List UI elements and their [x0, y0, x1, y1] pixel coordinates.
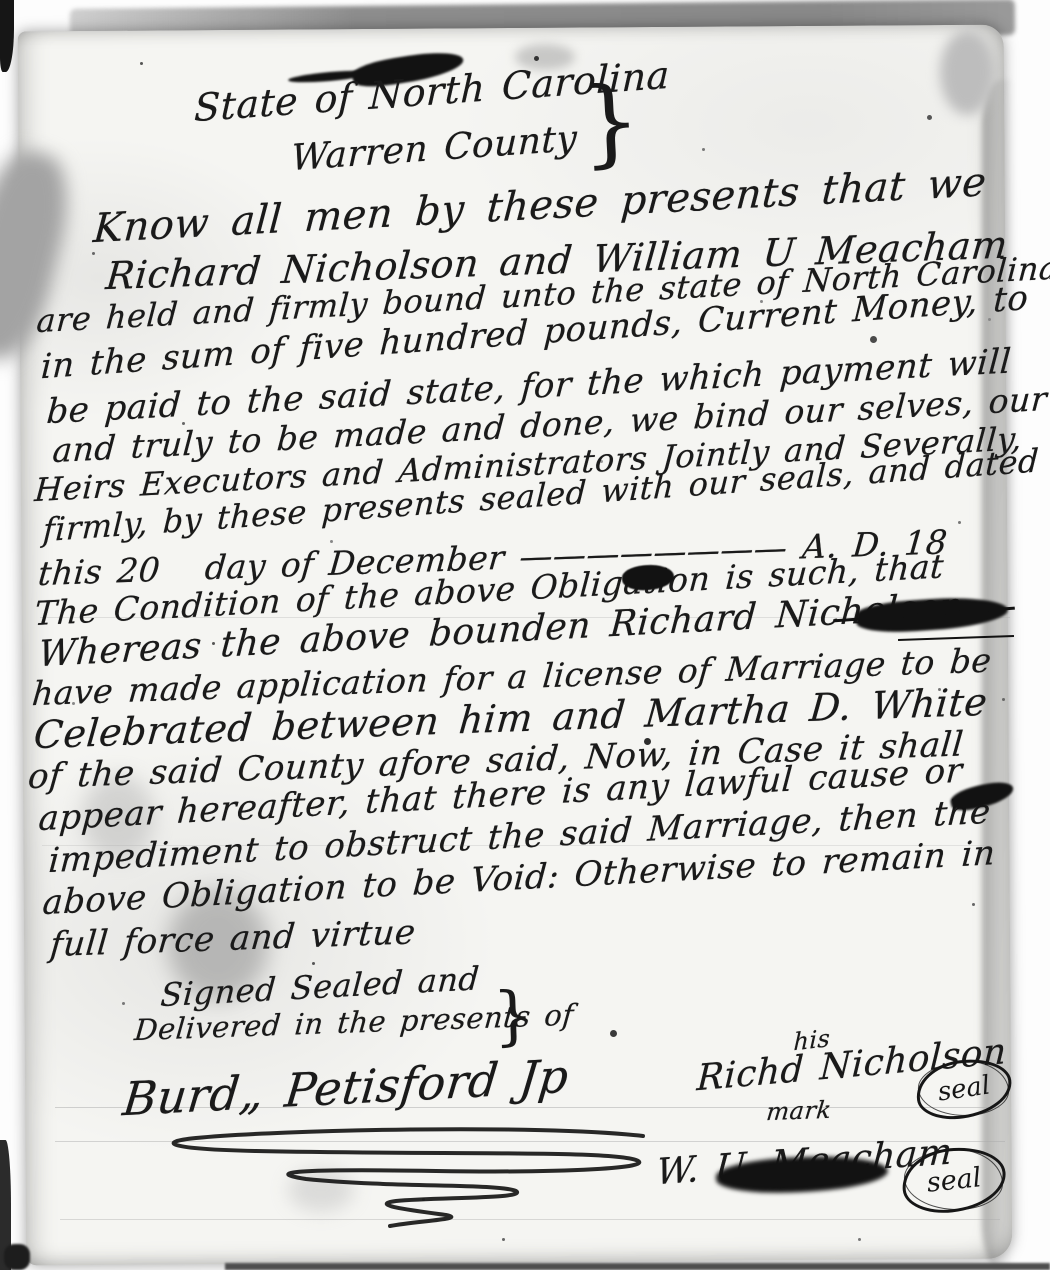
scan-mark-bottom-left-2: [4, 1244, 30, 1270]
his-mark-label-bottom: mark: [765, 1096, 833, 1126]
dust-specks: [0, 0, 3, 3]
seal-meacham: seal: [899, 1143, 1009, 1218]
signature-flourish: [138, 1122, 663, 1242]
scanned-marriage-bond-page: State of North Carolina Warren County } …: [0, 0, 1050, 1270]
closing-brace: }: [492, 989, 535, 1045]
header-brace: }: [578, 81, 643, 165]
seal-label: seal: [925, 1162, 983, 1199]
scan-bottom-edge: [225, 1263, 1050, 1270]
paper-fold-shadow: [940, 30, 995, 115]
scan-mark-top-left: [0, 0, 14, 72]
